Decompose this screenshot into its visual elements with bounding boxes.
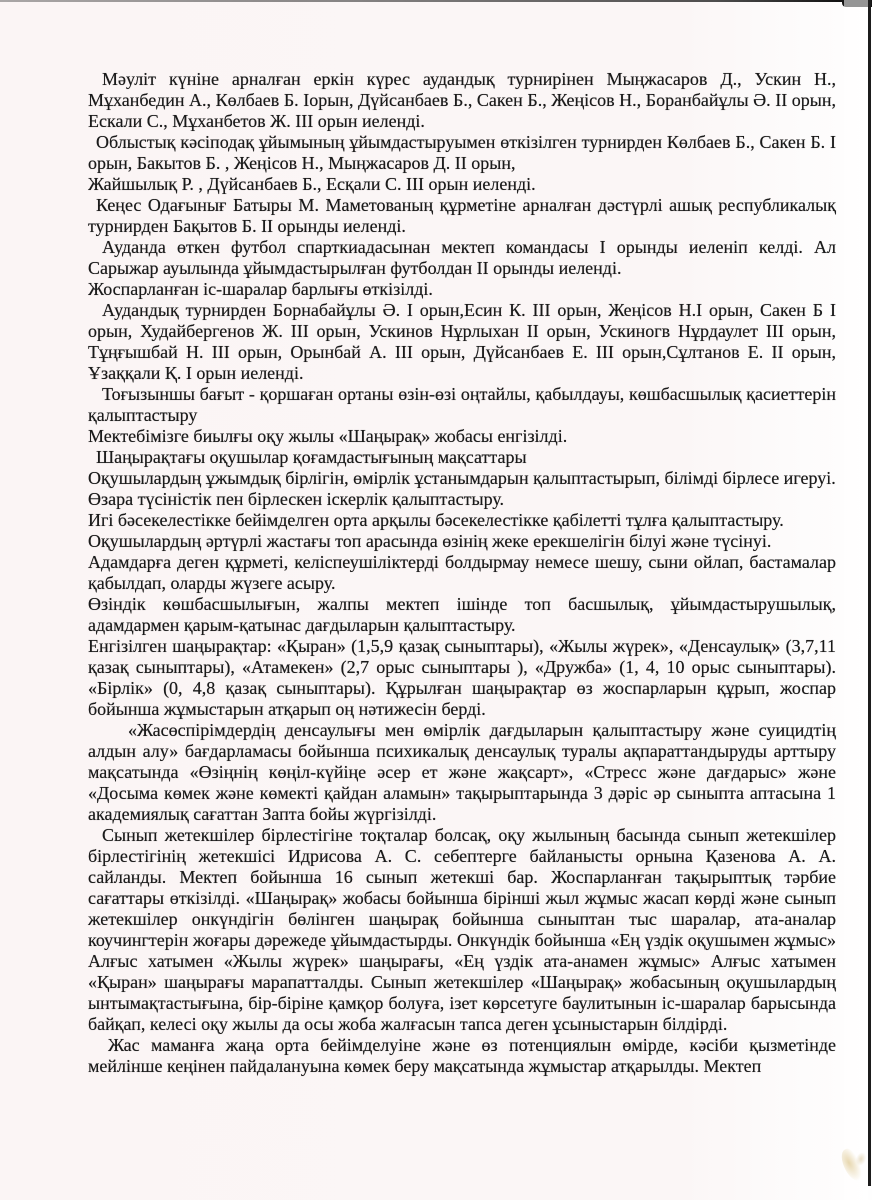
document-text: Мәуліт күніне арналған еркін күрес аудан… [0, 69, 872, 1077]
paragraph: Мәуліт күніне арналған еркін күрес аудан… [88, 69, 836, 132]
paragraph: Игі бәсекелестікке бейімделген орта арқы… [88, 510, 836, 531]
paragraph: Аудандық турнирден Борнабайұлы Ә. I орын… [88, 300, 836, 384]
paragraph: Мектебімізге биылғы оқу жылы «Шаңырақ» ж… [88, 426, 836, 447]
scanned-document-page: Мәуліт күніне арналған еркін күрес аудан… [0, 0, 872, 1200]
paragraph: Тоғызыншы бағыт - қоршаған ортаны өзін-ө… [88, 384, 836, 426]
paragraph: Жоспарланған іс-шаралар барлығы өткізілд… [88, 279, 836, 300]
scan-top-edge-artifact [0, 0, 872, 2]
paragraph: Оқушылардың ұжымдық бірлігін, өмірлік ұс… [88, 468, 836, 489]
paragraph: Өзіндік көшбасшылығын, жалпы мектеп ішін… [88, 594, 836, 636]
paragraph: Өзара түсіністік пен бірлескен іскерлік … [88, 489, 836, 510]
paragraph: Кеңес Одағынығ Батыры М. Маметованың құр… [88, 195, 836, 237]
paragraph: Облыстық кәсіподақ ұйымының ұйымдастыруы… [88, 132, 836, 174]
paragraph: Жайшылық Р. , Дүйсанбаев Б., Есқали С. I… [88, 174, 836, 195]
paragraph: Шаңырақтағы оқушылар қоғамдастығының мақ… [88, 447, 836, 468]
paragraph: Адамдарға деген құрметі, келіспеушілікте… [88, 552, 836, 594]
paragraph: «Жасөспірімдердің денсаулығы мен өмірлік… [88, 720, 836, 825]
paragraph: Оқушылардың әртүрлі жастағы топ арасында… [88, 531, 836, 552]
paragraph: Ауданда өткен футбол спарткиадасынан мек… [88, 237, 836, 279]
paragraph: Сынып жетекшілер бірлестігіне тоқталар б… [88, 825, 836, 1035]
paragraph: Жас маманға жаңа орта бейімделуіне және … [88, 1035, 836, 1077]
paragraph: Енгізілген шаңырақтар: «Қыран» (1,5,9 қа… [88, 636, 836, 720]
